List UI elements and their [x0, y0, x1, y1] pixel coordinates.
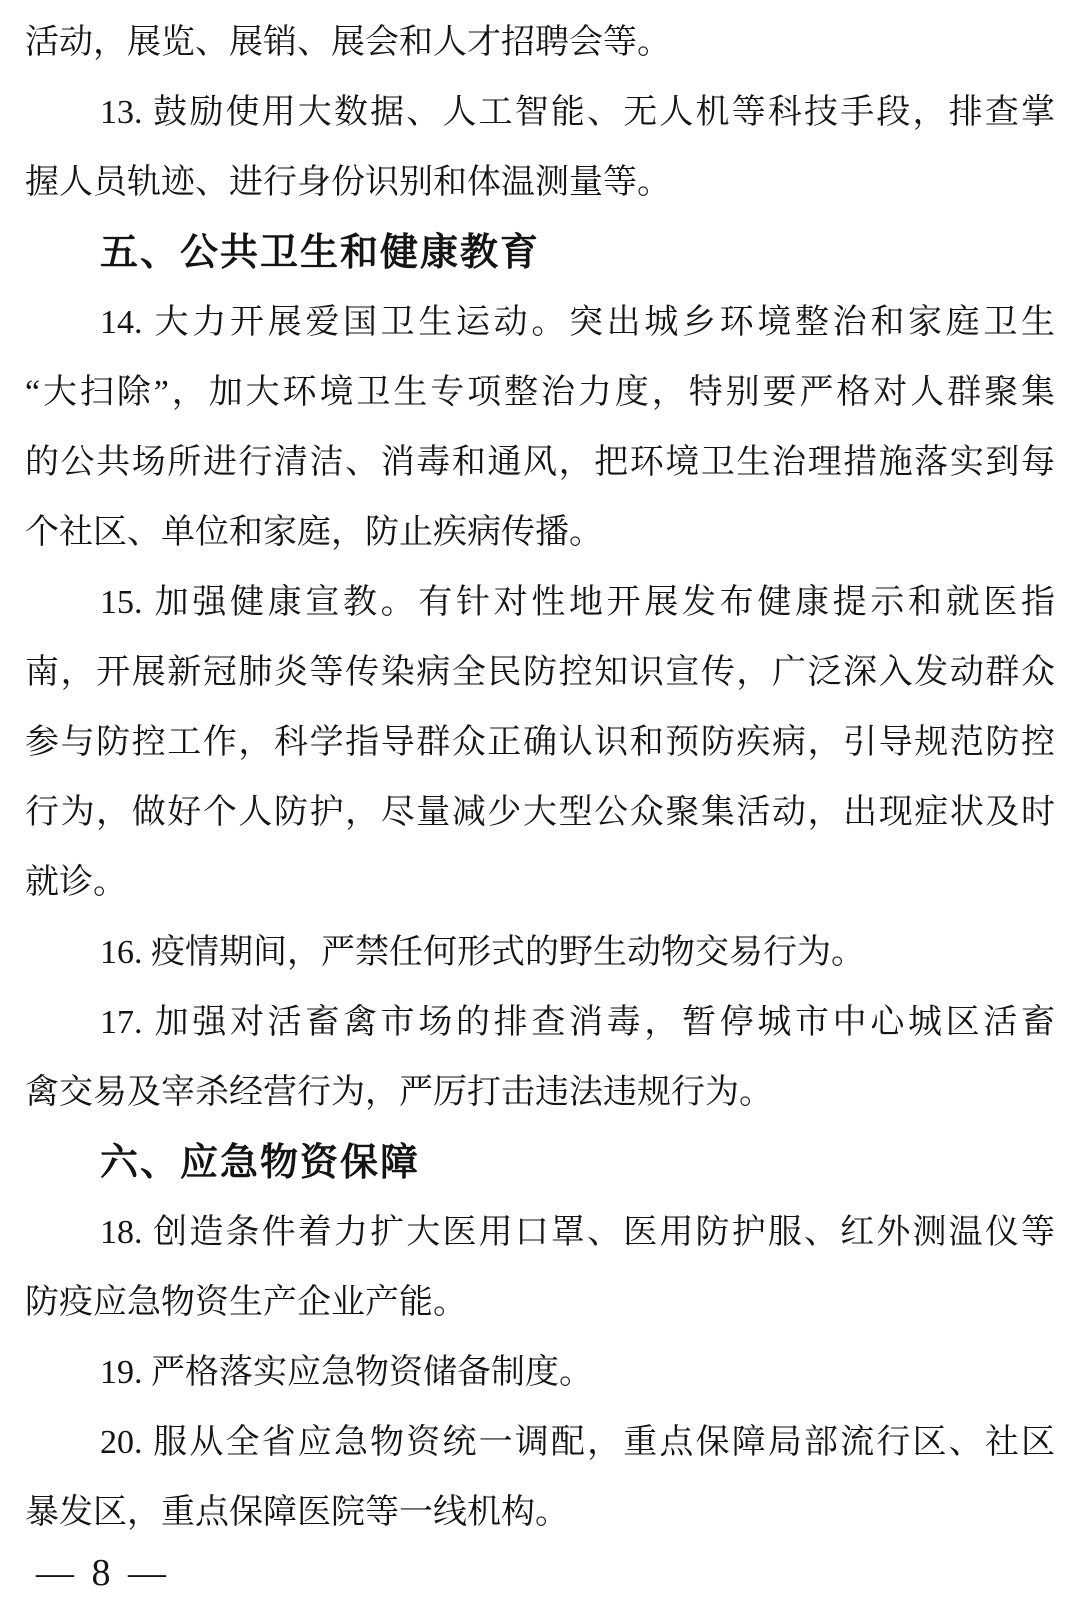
- text-line: 活动，展览、展销、展会和人才招聘会等。: [25, 8, 1055, 78]
- text-line: 禽交易及宰杀经营行为，严厉打击违法违规行为。: [25, 1058, 1055, 1128]
- text-line: 13. 鼓励使用大数据、人工智能、无人机等科技手段，排查掌: [25, 78, 1055, 148]
- text-line: 暴发区，重点保障医院等一线机构。: [25, 1478, 1055, 1548]
- text-line: 14. 大力开展爱国卫生运动。突出城乡环境整治和家庭卫生: [25, 288, 1055, 358]
- text-line: 防疫应急物资生产企业产能。: [25, 1268, 1055, 1338]
- text-line: “大扫除”，加大环境卫生专项整治力度，特别要严格对人群聚集: [25, 358, 1055, 428]
- text-line: 南，开展新冠肺炎等传染病全民防控知识宣传，广泛深入发动群众: [25, 638, 1055, 708]
- text-line: 就诊。: [25, 848, 1055, 918]
- text-line: 20. 服从全省应急物资统一调配，重点保障局部流行区、社区: [25, 1408, 1055, 1478]
- text-line: 握人员轨迹、进行身份识别和体温测量等。: [25, 148, 1055, 218]
- page-number: — 8 —: [36, 1543, 170, 1603]
- text-line: 18. 创造条件着力扩大医用口罩、医用防护服、红外测温仪等: [25, 1198, 1055, 1268]
- section-heading-public-health: 五、公共卫生和健康教育: [25, 218, 1055, 288]
- text-line: 的公共场所进行清洁、消毒和通风，把环境卫生治理措施落实到每: [25, 428, 1055, 498]
- text-line: 17. 加强对活畜禽市场的排查消毒，暂停城市中心城区活畜: [25, 988, 1055, 1058]
- text-line: 参与防控工作，科学指导群众正确认识和预防疾病，引导规范防控: [25, 708, 1055, 778]
- document-page: 活动，展览、展销、展会和人才招聘会等。 13. 鼓励使用大数据、人工智能、无人机…: [0, 0, 1080, 1617]
- text-line: 19. 严格落实应急物资储备制度。: [25, 1338, 1055, 1408]
- page-content: 活动，展览、展销、展会和人才招聘会等。 13. 鼓励使用大数据、人工智能、无人机…: [25, 8, 1055, 1548]
- text-line: 个社区、单位和家庭，防止疾病传播。: [25, 498, 1055, 568]
- text-line: 16. 疫情期间，严禁任何形式的野生动物交易行为。: [25, 918, 1055, 988]
- text-line: 行为，做好个人防护，尽量减少大型公众聚集活动，出现症状及时: [25, 778, 1055, 848]
- text-line: 15. 加强健康宣教。有针对性地开展发布健康提示和就医指: [25, 568, 1055, 638]
- section-heading-emergency-supplies: 六、应急物资保障: [25, 1128, 1055, 1198]
